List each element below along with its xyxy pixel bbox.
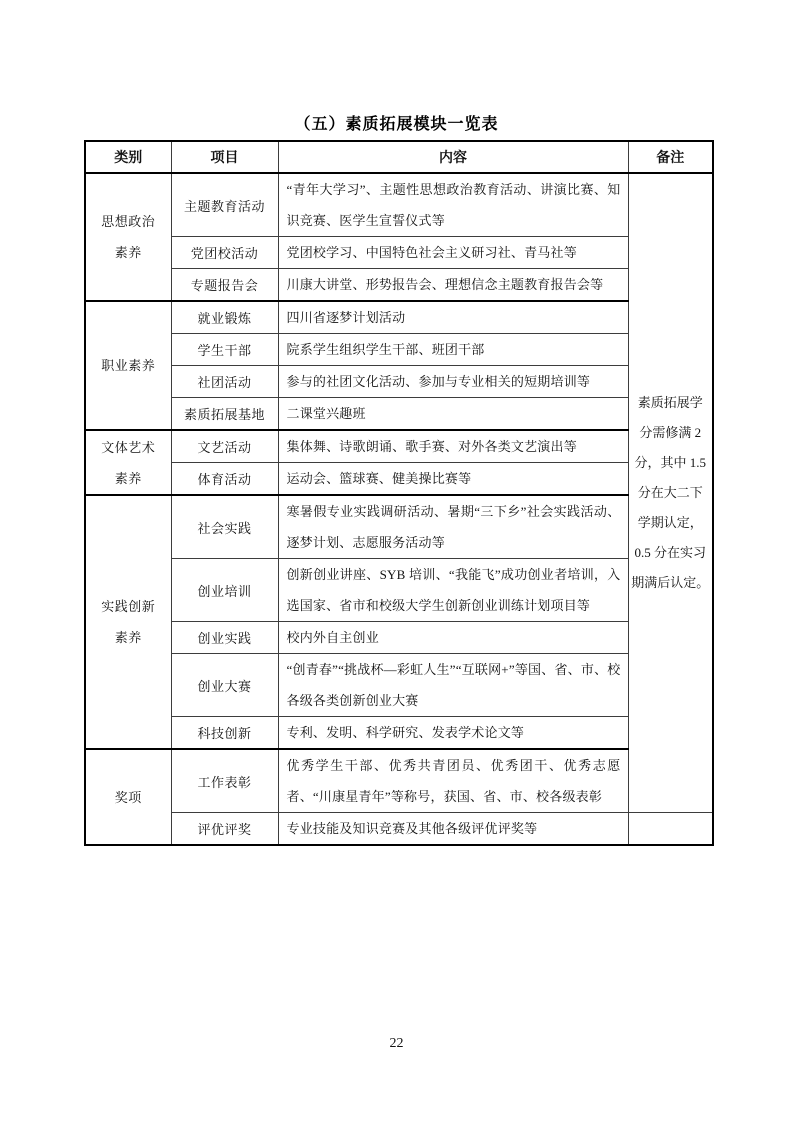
content-cell: 集体舞、诗歌朗诵、歌手赛、对外各类文艺演出等 [278,430,628,463]
table-row: 党团校活动 党团校学习、中国特色社会主义研习社、青马社等 [85,237,713,269]
header-content: 内容 [278,141,628,173]
content-cell: 川康大讲堂、形势报告会、理想信念主题教育报告会等 [278,269,628,302]
table-row: 创业大赛 “创青春”“挑战杯—彩虹人生”“互联网+”等国、省、市、校各级各类创新… [85,654,713,717]
category-cell: 实践创新 素养 [85,495,171,749]
table-row: 创业培训 创新创业讲座、SYB 培训、“我能飞”成功创业者培训，入选国家、省市和… [85,559,713,622]
item-cell: 创业实践 [171,622,278,654]
table-row: 素质拓展基地 二课堂兴趣班 [85,398,713,431]
table-row: 社团活动 参与的社团文化活动、参加与专业相关的短期培训等 [85,366,713,398]
content-cell: 四川省逐梦计划活动 [278,301,628,334]
item-cell: 科技创新 [171,717,278,750]
category-cell: 职业素养 [85,301,171,430]
table-title: （五）素质拓展模块一览表 [0,111,793,134]
table-row: 奖项 工作表彰 优秀学生干部、优秀共青团员、优秀团干、优秀志愿者、“川康星青年”… [85,749,713,813]
remark-cell: 素质拓展学 分需修满 2 分，其中 1.5 分在大二下 学期认定， 0.5 分在… [628,173,713,813]
item-cell: 社团活动 [171,366,278,398]
header-item: 项目 [171,141,278,173]
content-cell: 创新创业讲座、SYB 培训、“我能飞”成功创业者培训，入选国家、省市和校级大学生… [278,559,628,622]
content-cell: 运动会、篮球赛、健美操比赛等 [278,463,628,496]
item-cell: 社会实践 [171,495,278,559]
item-cell: 工作表彰 [171,749,278,813]
content-cell: 优秀学生干部、优秀共青团员、优秀团干、优秀志愿者、“川康星青年”等称号，获国、省… [278,749,628,813]
category-cell: 思想政治 素养 [85,173,171,301]
item-cell: 专题报告会 [171,269,278,302]
category-cell: 文体艺术 素养 [85,430,171,495]
content-cell: 专业技能及知识竞赛及其他各级评优评奖等 [278,813,628,846]
content-cell: 寒暑假专业实践调研活动、暑期“三下乡”社会实践活动、逐梦计划、志愿服务活动等 [278,495,628,559]
item-cell: 素质拓展基地 [171,398,278,431]
table-row: 体育活动 运动会、篮球赛、健美操比赛等 [85,463,713,496]
table-row: 实践创新 素养 社会实践 寒暑假专业实践调研活动、暑期“三下乡”社会实践活动、逐… [85,495,713,559]
table-row: 创业实践 校内外自主创业 [85,622,713,654]
page-number: 22 [0,1036,793,1052]
table-row: 评优评奖 专业技能及知识竞赛及其他各级评优评奖等 [85,813,713,846]
item-cell: 主题教育活动 [171,173,278,237]
content-cell: 校内外自主创业 [278,622,628,654]
content-cell: 院系学生组织学生干部、班团干部 [278,334,628,366]
table-row: 文体艺术 素养 文艺活动 集体舞、诗歌朗诵、歌手赛、对外各类文艺演出等 [85,430,713,463]
item-cell: 就业锻炼 [171,301,278,334]
content-cell: 二课堂兴趣班 [278,398,628,431]
item-cell: 党团校活动 [171,237,278,269]
category-cell: 奖项 [85,749,171,845]
table-row: 专题报告会 川康大讲堂、形势报告会、理想信念主题教育报告会等 [85,269,713,302]
content-cell: 参与的社团文化活动、参加与专业相关的短期培训等 [278,366,628,398]
quality-module-table: 类别 项目 内容 备注 思想政治 素养 主题教育活动 “青年大学习”、主题性思想… [84,140,714,846]
table-row: 科技创新 专利、发明、科学研究、发表学术论文等 [85,717,713,750]
content-cell: “青年大学习”、主题性思想政治教育活动、讲演比赛、知识竞赛、医学生宣誓仪式等 [278,173,628,237]
document-page: （五）素质拓展模块一览表 类别 项目 内容 备注 思想政治 素养 主题教育活动 … [0,0,793,1122]
item-cell: 评优评奖 [171,813,278,846]
item-cell: 学生干部 [171,334,278,366]
content-cell: 专利、发明、科学研究、发表学术论文等 [278,717,628,750]
item-cell: 文艺活动 [171,430,278,463]
item-cell: 体育活动 [171,463,278,496]
content-cell: “创青春”“挑战杯—彩虹人生”“互联网+”等国、省、市、校各级各类创新创业大赛 [278,654,628,717]
header-row: 类别 项目 内容 备注 [85,141,713,173]
header-category: 类别 [85,141,171,173]
table-row: 学生干部 院系学生组织学生干部、班团干部 [85,334,713,366]
content-cell: 党团校学习、中国特色社会主义研习社、青马社等 [278,237,628,269]
table-row: 思想政治 素养 主题教育活动 “青年大学习”、主题性思想政治教育活动、讲演比赛、… [85,173,713,237]
header-remark: 备注 [628,141,713,173]
item-cell: 创业培训 [171,559,278,622]
table-row: 职业素养 就业锻炼 四川省逐梦计划活动 [85,301,713,334]
item-cell: 创业大赛 [171,654,278,717]
remark-empty-cell [628,813,713,846]
